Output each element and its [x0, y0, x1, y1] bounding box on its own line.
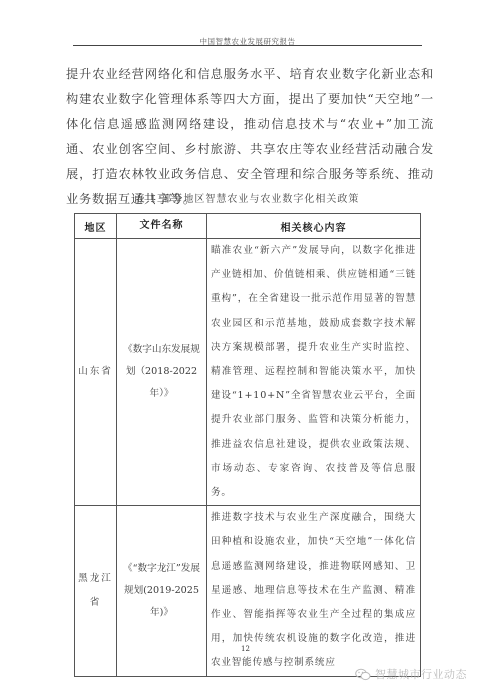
region-text: 山东省 — [78, 366, 113, 377]
table-row: 山东省 《数字山东发展规划（2018-2022年）》 瞄准农业“新六产”发展导向… — [75, 239, 421, 506]
watermark-text: 智慧城市行业动态 — [375, 666, 467, 682]
header-content: 相关核心内容 — [207, 214, 421, 239]
header-region: 地区 — [75, 214, 117, 239]
document-cell: 《“数字龙江”发展规划(2019-2025年)》 — [117, 506, 207, 676]
region-cell: 黑龙江省 — [75, 506, 117, 676]
header-rule — [73, 45, 422, 46]
region-text: 黑龙江省 — [78, 573, 113, 608]
table-caption: 表 1 部分地区智慧农业与农业数字化相关政策 — [74, 190, 420, 205]
policy-table: 地区 文件名称 相关核心内容 山东省 《数字山东发展规划（2018-2022年）… — [74, 213, 421, 677]
content-cell: 推进数字技术与农业生产深度融合，围绕大田种植和设施农业，加快“天空地”一体化信息… — [207, 506, 421, 676]
region-cell: 山东省 — [75, 239, 117, 506]
wechat-icon — [355, 668, 371, 681]
watermark: 智慧城市行业动态 — [355, 666, 467, 682]
table-header-row: 地区 文件名称 相关核心内容 — [75, 214, 421, 239]
document-cell: 《数字山东发展规划（2018-2022年）》 — [117, 239, 207, 506]
page-number: 12 — [241, 645, 250, 653]
content-cell: 瞄准农业“新六产”发展导向，以数字化推进产业链相加、价值链相乘、供应链相通“三链… — [207, 239, 421, 506]
header-document: 文件名称 — [117, 214, 207, 239]
